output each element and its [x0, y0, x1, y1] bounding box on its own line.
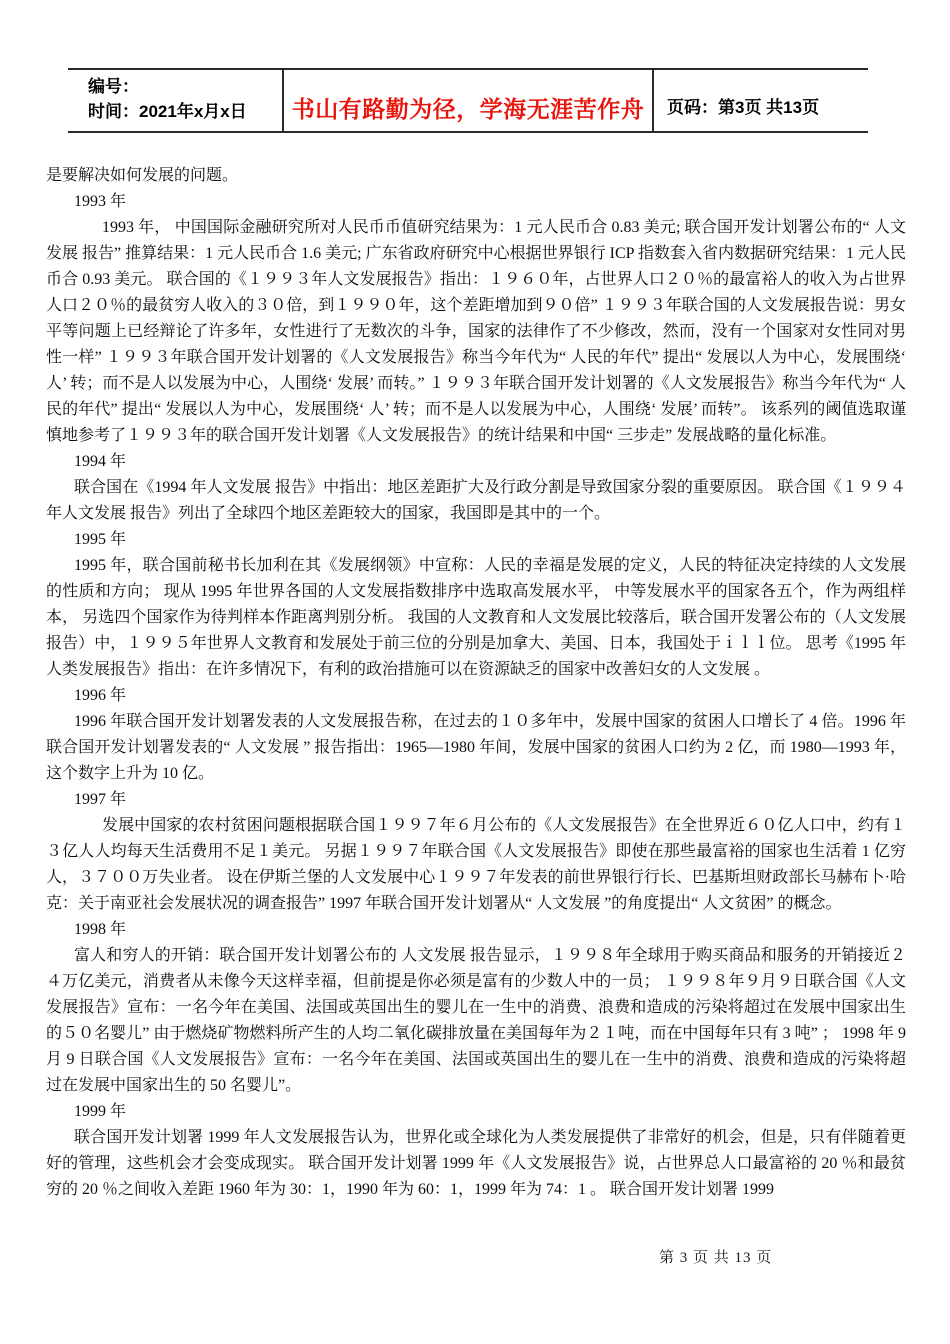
header-cell-motto: 书山有路勤为径，学海无涯苦作舟: [282, 70, 654, 131]
paragraph-1999: 联合国开发计划署 1999 年人文发展报告认为，世界化或全球化为人类发展提供了非…: [46, 1125, 906, 1203]
paragraph-1995: 1995 年，联合国前秘书长加利在其《发展纲领》中宣称：人民的幸福是发展的定义，…: [46, 553, 906, 683]
year-heading-1998: 1998 年: [46, 917, 906, 943]
motto-text: 书山有路勤为径，学海无涯苦作舟: [292, 91, 645, 124]
page-footer: 第 3 页 共 13 页: [659, 1246, 772, 1267]
document-page: 编号： 时间：2021年x月x日 书山有路勤为径，学海无涯苦作舟 页码：第3页 …: [0, 0, 950, 1344]
paragraph-continuation: 是要解决如何发展的问题。: [46, 163, 906, 189]
year-heading-1997: 1997 年: [46, 787, 906, 813]
year-heading-1993: 1993 年: [46, 189, 906, 215]
year-heading-1996: 1996 年: [46, 683, 906, 709]
paragraph-1997: 发展中国家的农村贫困问题根据联合国１９９７年６月公布的《人文发展报告》在全世界近…: [46, 813, 906, 917]
paragraph-1996: 1996 年联合国开发计划署发表的人文发展报告称，在过去的１０多年中，发展中国家…: [46, 709, 906, 787]
year-heading-1994: 1994 年: [46, 449, 906, 475]
header-table: 编号： 时间：2021年x月x日 书山有路勤为径，学海无涯苦作舟 页码：第3页 …: [68, 68, 868, 133]
header-cell-page: 页码：第3页 共13页: [654, 70, 868, 131]
page-number-label: 页码：第3页 共13页: [667, 93, 819, 118]
doc-date-label: 时间：2021年x月x日: [88, 99, 282, 124]
header-cell-info: 编号： 时间：2021年x月x日: [68, 70, 282, 131]
document-body: 是要解决如何发展的问题。 1993 年 1993 年， 中国国际金融研究所对人民…: [46, 163, 906, 1203]
doc-number-label: 编号：: [88, 74, 282, 99]
paragraph-1993: 1993 年， 中国国际金融研究所对人民币币值研究结果为：1 元人民币合 0.8…: [46, 215, 906, 449]
paragraph-1994: 联合国在《1994 年人文发展 报告》中指出：地区差距扩大及行政分割是导致国家分…: [46, 475, 906, 527]
year-heading-1995: 1995 年: [46, 527, 906, 553]
paragraph-1998: 富人和穷人的开销：联合国开发计划署公布的 人文发展 报告显示，１９９８年全球用于…: [46, 943, 906, 1099]
year-heading-1999: 1999 年: [46, 1099, 906, 1125]
